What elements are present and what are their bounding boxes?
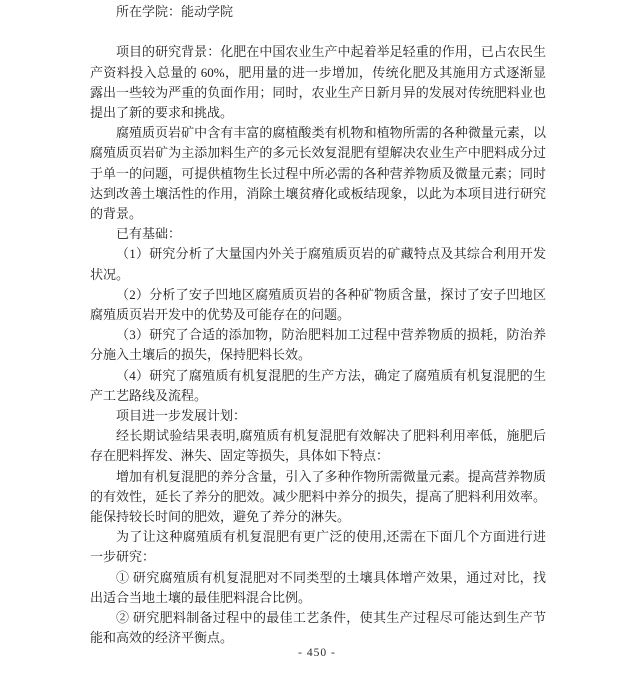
school-line: 所在学院：能动学院: [90, 2, 546, 22]
paragraph-research-item-1: ① 研究腐殖质有机复混肥对不同类型的土壤具体增产效果，通过对比，找出适合当地土壤…: [90, 568, 546, 608]
paragraph-basis-item-3: （3）研究了合适的添加物，防治肥料加工过程中营养物质的损耗，防治养分施入土壤后的…: [90, 325, 546, 365]
heading-development-plan: 项目进一步发展计划：: [90, 406, 546, 426]
document-page: 所在学院：能动学院 项目的研究背景：化肥在中国农业生产中起着举足轻重的作用，已占…: [0, 0, 634, 685]
paragraph-test-results: 经长期试验结果表明,腐殖质有机复混肥有效解决了肥料利用率低，施肥后存在肥料挥发、…: [90, 426, 546, 466]
paragraph-fertilizer-features: 增加有机复混肥的养分含量，引入了多种作物所需微量元素。提高营养物质的有效性，延长…: [90, 467, 546, 528]
paragraph-research-background: 项目的研究背景：化肥在中国农业生产中起着举足轻重的作用，已占农民生产资料投入总量…: [90, 42, 546, 123]
paragraph-research-item-2: ② 研究肥料制备过程中的最佳工艺条件，使其生产过程尽可能达到生产节能和高效的经济…: [90, 608, 546, 648]
heading-existing-basis: 已有基础：: [90, 224, 546, 244]
paragraph-basis-item-4: （4）研究了腐殖质有机复混肥的生产方法，确定了腐殖质有机复混肥的生产工艺路线及流…: [90, 366, 546, 406]
document-content: 所在学院：能动学院 项目的研究背景：化肥在中国农业生产中起着举足轻重的作用，已占…: [90, 2, 546, 648]
paragraph-basis-item-1: （1）研究分析了大量国内外关于腐殖质页岩的矿藏特点及其综合利用开发状况。: [90, 244, 546, 284]
page-number: - 450 -: [0, 647, 634, 659]
paragraph-basis-item-2: （2）分析了安子凹地区腐殖质页岩的各种矿物质含量，探讨了安子凹地区腐殖质页岩开发…: [90, 285, 546, 325]
paragraph-further-research-intro: 为了让这种腐殖质有机复混肥有更广泛的使用,还需在下面几个方面进行进一步研究：: [90, 527, 546, 567]
paragraph-humus-shale-intro: 腐殖质页岩矿中含有丰富的腐植酸类有机物和植物所需的各种微量元素，以腐殖质页岩矿为…: [90, 123, 546, 224]
